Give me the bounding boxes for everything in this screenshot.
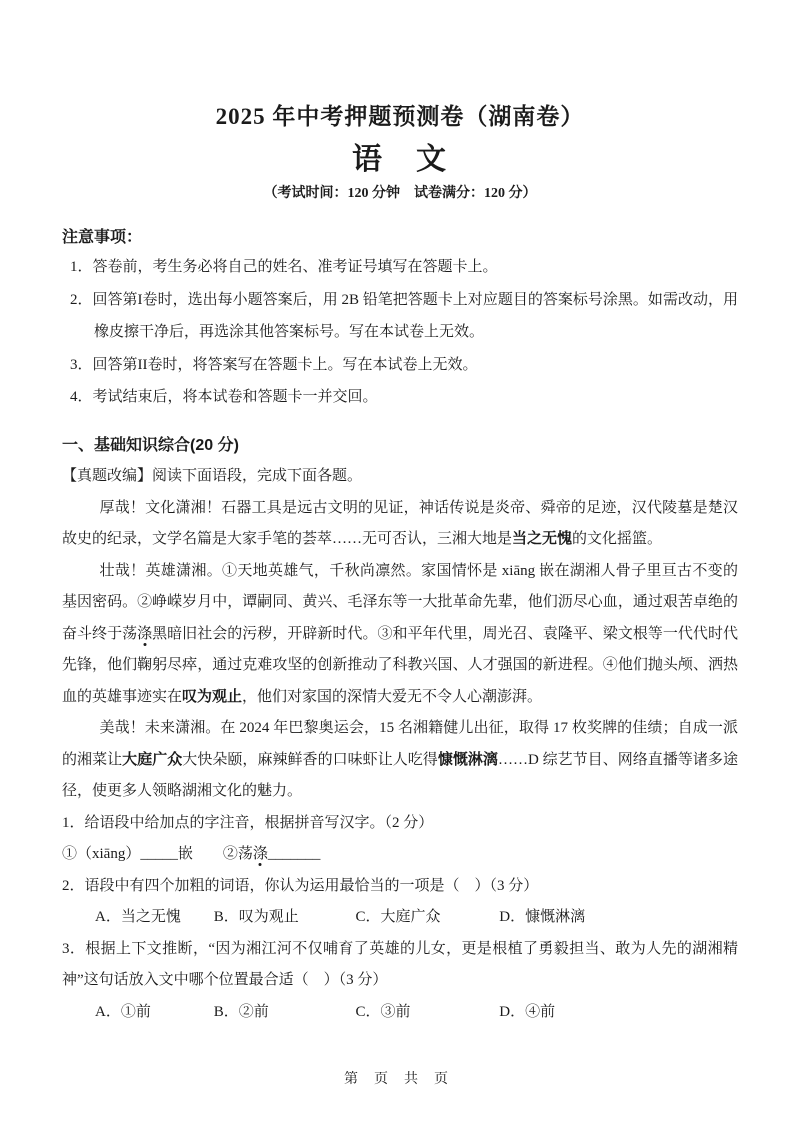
question-3-option-b: B．②前 (214, 997, 352, 1029)
source-note: 【真题改编】阅读下面语段，完成下面各题。 (62, 461, 738, 493)
passage-paragraph-1: 厚哉！文化潇湘！石器工具是远古文明的见证，神话传说是炎帝、舜帝的足迹，汉代陵墓是… (62, 493, 738, 556)
passage-paragraph-2: 壮哉！英雄潇湘。①天地英雄气，千秋尚凛然。家国情怀是 xiāng 嵌在湖湘人骨子… (62, 556, 738, 714)
question-3-option-a: A．①前 (95, 997, 210, 1029)
paper-header: 2025 年中考押题预测卷（湖南卷） 语 文 （考试时间：120 分钟 试卷满分… (62, 103, 738, 203)
question-2-text: 2．语段中有四个加粗的词语，你认为运用最恰当的一项是（ ）（3 分） (62, 871, 738, 903)
question-3-option-c: C．③前 (356, 997, 496, 1029)
page-footer: 第 页 共 页 (0, 1068, 793, 1088)
notice-section: 注意事项： 1．答卷前，考生务必将自己的姓名、准考证号填写在答题卡上。 2．回答… (62, 225, 738, 414)
question-1-answer-blanks: ①（xiāng）_____嵌 ②荡涤_______ (62, 839, 738, 871)
notice-item-1: 1．答卷前，考生务必将自己的姓名、准考证号填写在答题卡上。 (70, 251, 738, 284)
notice-item-2: 2．回答第I卷时，选出每小题答案后，用 2B 铅笔把答题卡上对应题目的答案标号涂… (70, 284, 738, 349)
notice-item-4: 4．考试结束后，将本试卷和答题卡一并交回。 (70, 381, 738, 414)
subject-title: 语 文 (62, 141, 738, 179)
paper-title: 2025 年中考押题预测卷（湖南卷） (62, 103, 738, 131)
exam-paper-page: 2025 年中考押题预测卷（湖南卷） 语 文 （考试时间：120 分钟 试卷满分… (0, 0, 793, 1122)
question-3-text: 3．根据上下文推断，“因为湘江河不仅哺育了英雄的儿女，更是根植了勇毅担当、敢为人… (62, 934, 738, 997)
question-3-options: A．①前 B．②前 C．③前 D．④前 (62, 997, 738, 1029)
notice-item-3: 3．回答第II卷时，将答案写在答题卡上。写在本试卷上无效。 (70, 349, 738, 382)
question-1-text: 1．给语段中给加点的字注音，根据拼音写汉字。（2 分） (62, 808, 738, 840)
question-2-option-d: D．慷慨淋漓 (499, 902, 585, 934)
section-heading: 一、基础知识综合(20 分) (62, 430, 738, 462)
question-2-option-a: A．当之无愧 (95, 902, 210, 934)
question-2-options: A．当之无愧 B．叹为观止 C．大庭广众 D．慷慨淋漓 (62, 902, 738, 934)
notice-items: 1．答卷前，考生务必将自己的姓名、准考证号填写在答题卡上。 2．回答第I卷时，选… (70, 251, 738, 414)
question-2-option-c: C．大庭广众 (356, 902, 496, 934)
question-3-option-d: D．④前 (499, 997, 555, 1029)
section-basic-knowledge: 一、基础知识综合(20 分) 【真题改编】阅读下面语段，完成下面各题。 厚哉！文… (62, 430, 738, 1029)
passage-paragraph-3: 美哉！未来潇湘。在 2024 年巴黎奥运会，15 名湘籍健儿出征，取得 17 枚… (62, 713, 738, 808)
exam-info: （考试时间：120 分钟 试卷满分：120 分） (62, 185, 738, 203)
question-2-option-b: B．叹为观止 (214, 902, 352, 934)
notice-heading: 注意事项： (62, 225, 738, 251)
